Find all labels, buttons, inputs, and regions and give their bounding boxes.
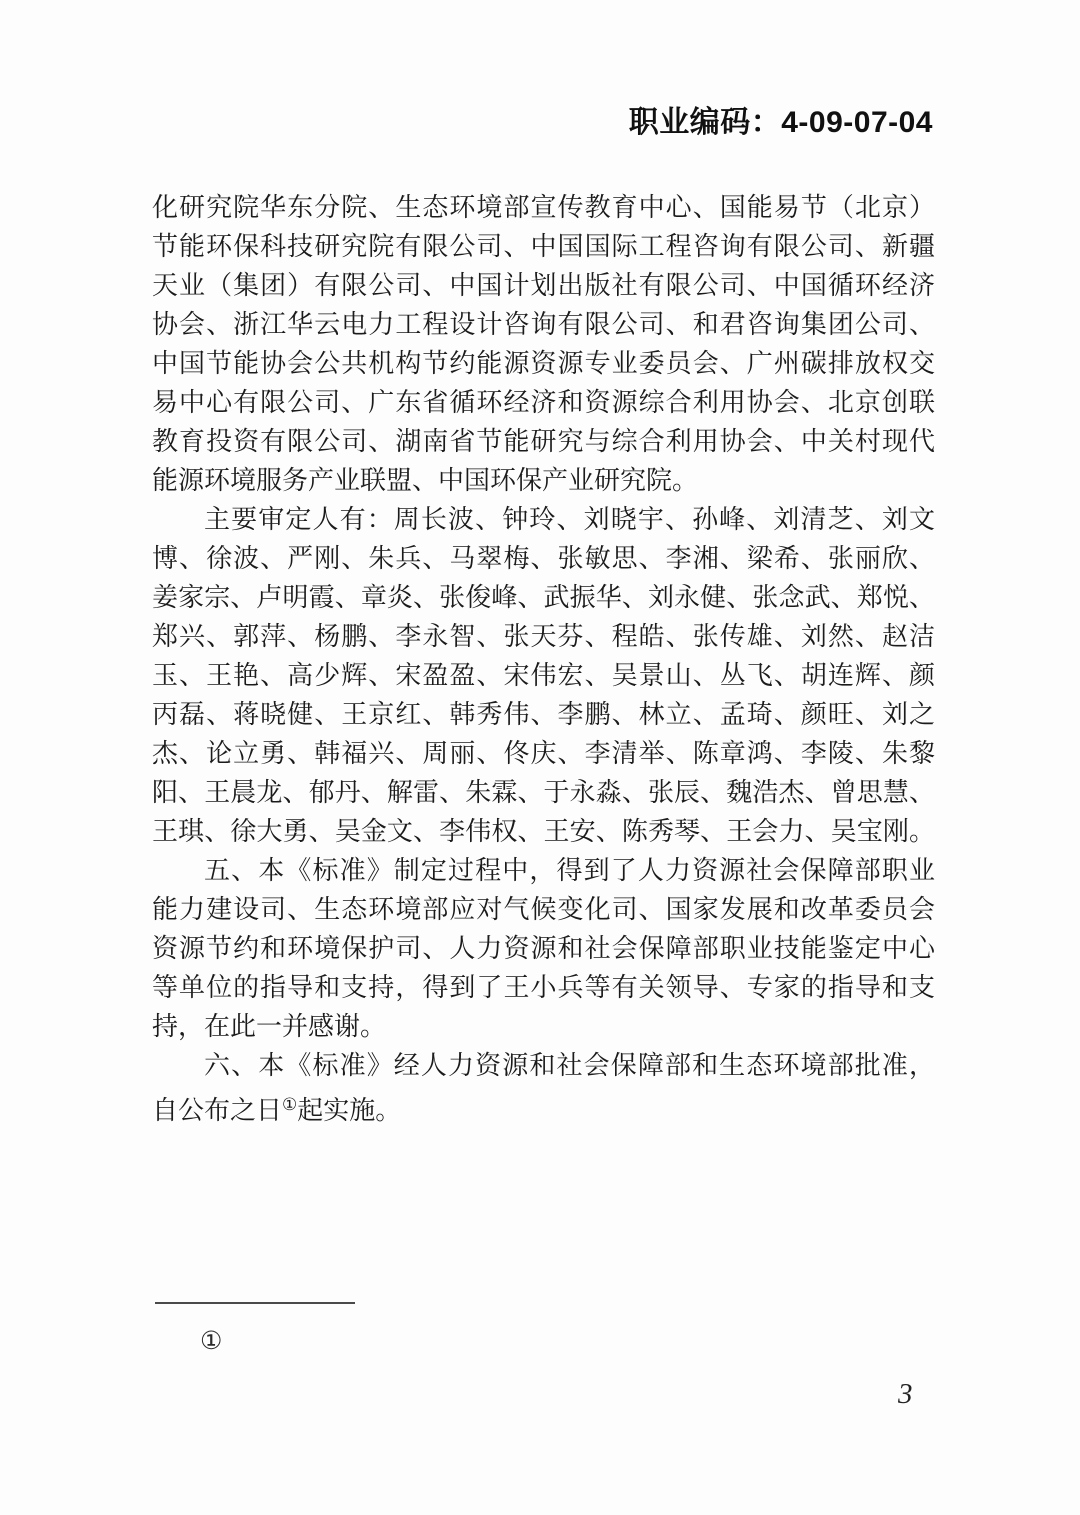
body-text: 化研究院华东分院、生态环境部宣传教育中心、国能易节（北京） 节能环保科技研究院有…: [152, 188, 935, 1124]
occupation-code-header: 职业编码：4-09-07-04: [629, 97, 933, 141]
text-line: 主要审定人有：周长波、钟玲、刘晓宇、孙峰、刘清芝、刘文: [152, 500, 935, 539]
page-number: 3: [898, 1378, 913, 1411]
text-line: 化研究院华东分院、生态环境部宣传教育中心、国能易节（北京）: [152, 188, 935, 227]
text-line: 玉、王艳、高少辉、宋盈盈、宋伟宏、吴景山、丛飞、胡连辉、颜: [152, 656, 935, 695]
text-line: 五、本《标准》制定过程中，得到了人力资源社会保障部职业: [152, 851, 935, 890]
footnote-marker: ①: [200, 1326, 222, 1356]
footnote-separator: [155, 1302, 355, 1304]
text-line: 资源节约和环境保护司、人力资源和社会保障部职业技能鉴定中心: [152, 929, 935, 968]
text-line: 丙磊、蒋晓健、王京红、韩秀伟、李鹏、林立、孟琦、颜旺、刘之: [152, 695, 935, 734]
text-line: 节能环保科技研究院有限公司、中国国际工程咨询有限公司、新疆: [152, 227, 935, 266]
text-line: 王琪、徐大勇、吴金文、李伟权、王安、陈秀琴、王会力、吴宝刚。: [152, 812, 935, 851]
text-line: 易中心有限公司、广东省循环经济和资源综合利用协会、北京创联: [152, 383, 935, 422]
text-line: 教育投资有限公司、湖南省节能研究与综合利用协会、中关村现代: [152, 422, 935, 461]
text-line: 等单位的指导和支持，得到了王小兵等有关领导、专家的指导和支: [152, 968, 935, 1007]
text-line: 杰、论立勇、韩福兴、周丽、佟庆、李清举、陈章鸿、李陵、朱黎: [152, 734, 935, 773]
text-line: 自公布之日①起实施。: [152, 1085, 935, 1124]
text-line: 天业（集团）有限公司、中国计划出版社有限公司、中国循环经济: [152, 266, 935, 305]
text-line: 阳、王晨龙、郁丹、解雷、朱霖、于永淼、张辰、魏浩杰、曾思慧、: [152, 773, 935, 812]
text-line: 持，在此一并感谢。: [152, 1007, 935, 1046]
document-page: 职业编码：4-09-07-04 化研究院华东分院、生态环境部宣传教育中心、国能易…: [0, 0, 1080, 1515]
text-segment: 起实施。: [297, 1096, 401, 1124]
text-line: 协会、浙江华云电力工程设计咨询有限公司、和君咨询集团公司、: [152, 305, 935, 344]
text-line: 郑兴、郭萍、杨鹏、李永智、张天芬、程皓、张传雄、刘然、赵洁: [152, 617, 935, 656]
text-line: 六、本《标准》经人力资源和社会保障部和生态环境部批准，: [152, 1046, 935, 1085]
text-line: 能源环境服务产业联盟、中国环保产业研究院。: [152, 461, 935, 500]
text-line: 博、徐波、严刚、朱兵、马翠梅、张敏思、李湘、梁希、张丽欣、: [152, 539, 935, 578]
text-line: 姜家宗、卢明霞、章炎、张俊峰、武振华、刘永健、张念武、郑悦、: [152, 578, 935, 617]
text-segment: 自公布之日: [152, 1096, 282, 1124]
text-line: 中国节能协会公共机构节约能源资源专业委员会、广州碳排放权交: [152, 344, 935, 383]
text-line: 能力建设司、生态环境部应对气候变化司、国家发展和改革委员会: [152, 890, 935, 929]
footnote-reference: ①: [282, 1095, 297, 1114]
